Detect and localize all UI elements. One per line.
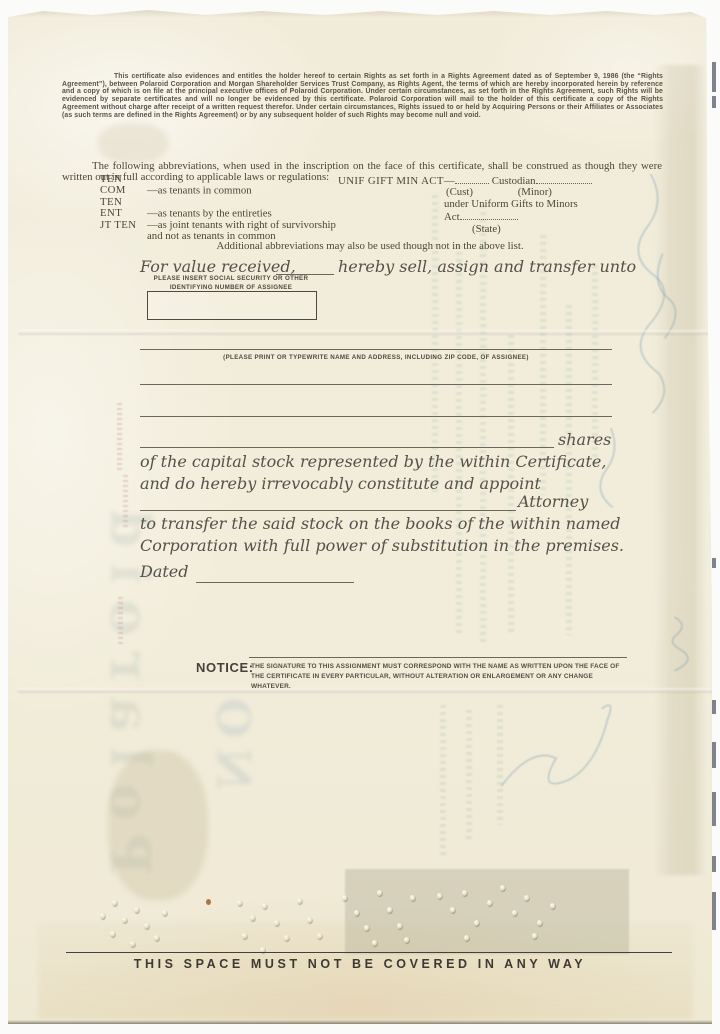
emboss-dot	[532, 933, 537, 939]
red-stamp-bleed	[118, 597, 123, 645]
emboss-dot	[250, 915, 255, 921]
red-stamp-bleed	[123, 475, 128, 530]
abbreviations-list: TEN COM—as tenants in common TEN ENT—as …	[100, 174, 346, 242]
emboss-dot	[317, 933, 322, 939]
assignment-body-line2: and do hereby irrevocably constitute and…	[140, 474, 541, 493]
scan-edge-mark	[712, 892, 716, 930]
emboss-dot	[242, 933, 247, 939]
emboss-dot	[512, 910, 517, 916]
assignment-body-line3: to transfer the said stock on the books …	[140, 514, 620, 533]
abbreviation-definition: —as tenants by the entireties	[147, 207, 272, 219]
right-fold-band	[654, 65, 710, 875]
unif-custodian: Custodian	[492, 175, 536, 187]
scan-edge-mark	[712, 96, 716, 108]
unif-gift-min-act-block: UNIF GIFT MIN ACT— Custodian (Cust) (Min…	[338, 174, 616, 235]
emboss-dot	[550, 903, 555, 909]
scanned-certificate-back: Polaroid ON	[0, 0, 720, 1034]
emboss-dot	[354, 910, 359, 916]
abbreviation-row: TEN COM—as tenants in common	[100, 174, 346, 197]
assignee-address-caption: (PLEASE PRINT OR TYPEWRITE NAME AND ADDR…	[140, 353, 612, 362]
emboss-dot	[524, 895, 529, 901]
signature-line	[249, 657, 627, 658]
bleed-text-streak	[456, 245, 462, 635]
shares-label: shares	[558, 430, 611, 449]
abbreviation-definition: —as tenants in common	[147, 184, 252, 196]
scan-edge-mark	[712, 62, 716, 92]
emboss-dot	[237, 900, 242, 906]
abbreviation-row: TEN ENT—as tenants by the entireties	[100, 197, 346, 220]
emboss-dot	[537, 920, 542, 926]
emboss-dot	[437, 893, 442, 899]
emboss-dot	[100, 913, 105, 919]
emboss-dot	[387, 907, 392, 913]
ornament-bleed-blob	[108, 750, 208, 900]
ssn-entry-box	[147, 291, 317, 320]
emboss-dot	[342, 895, 347, 901]
unif-line: Act	[444, 210, 616, 223]
emboss-dot	[154, 935, 159, 941]
emboss-dot	[122, 917, 127, 923]
scan-edge-mark	[712, 742, 716, 768]
unif-cust: (Cust)	[446, 186, 473, 198]
dated-fill-line	[196, 582, 354, 583]
emboss-dot	[307, 917, 312, 923]
emboss-dot	[364, 925, 369, 931]
abbreviation-code: TEN ENT	[100, 197, 147, 220]
assignee-name-line-2	[140, 384, 612, 385]
emboss-dot	[372, 940, 377, 946]
emboss-dot	[112, 900, 117, 906]
scan-edge-mark	[712, 856, 716, 872]
unif-state: (State)	[472, 224, 616, 235]
bleed-text-streak	[440, 705, 446, 855]
emboss-dot	[284, 935, 289, 941]
emboss-dot	[474, 920, 479, 926]
unif-act: Act	[444, 211, 460, 223]
notice-line2: THE CERTIFICATE IN EVERY PARTICULAR, WIT…	[251, 672, 631, 692]
scan-edge-mark	[712, 792, 716, 826]
emboss-dot	[297, 898, 302, 904]
emboss-dot	[262, 903, 267, 909]
assignee-name-line-3	[140, 416, 612, 417]
rights-agreement-paragraph: This certificate also evidences and enti…	[62, 73, 663, 120]
emboss-dot	[450, 907, 455, 913]
ornament-bleed-blob	[98, 123, 168, 163]
dotted-leader	[536, 174, 592, 184]
abbreviation-code: JT TEN	[100, 220, 147, 231]
emboss-dot	[464, 935, 469, 941]
fold-crease-upper	[18, 330, 718, 335]
assignee-name-line-1	[140, 349, 612, 350]
unif-minor: (Minor)	[518, 186, 552, 198]
footer-warning-text: THIS SPACE MUST NOT BE COVERED IN ANY WA…	[0, 957, 720, 971]
shares-fill-line	[140, 447, 554, 448]
stain-spot	[206, 899, 211, 905]
emboss-dot	[500, 885, 505, 891]
emboss-dot	[110, 931, 115, 937]
abbreviation-code: TEN COM	[100, 174, 147, 197]
dotted-leader	[460, 210, 518, 220]
emboss-dot	[144, 923, 149, 929]
emboss-dot	[397, 923, 402, 929]
assignment-body-line4: Corporation with full power of substitut…	[140, 536, 624, 555]
notice-line1: THE SIGNATURE TO THIS ASSIGNMENT MUST CO…	[251, 662, 631, 672]
attorney-label: Attorney	[518, 492, 588, 511]
notice-body: THE SIGNATURE TO THIS ASSIGNMENT MUST CO…	[251, 662, 631, 691]
unif-under: under Uniform Gifts to Minors	[444, 199, 616, 210]
emboss-dot	[274, 920, 279, 926]
scan-edge-mark	[712, 700, 716, 714]
bleed-text-streak	[466, 710, 472, 840]
dated-label: Dated	[140, 562, 189, 581]
emboss-dot	[462, 890, 467, 896]
unif-line: UNIF GIFT MIN ACT— Custodian	[338, 174, 616, 187]
emboss-dot	[162, 910, 167, 916]
red-stamp-bleed	[117, 403, 122, 473]
emboss-dot	[410, 895, 415, 901]
bleed-text-streak	[497, 705, 503, 825]
unif-label: UNIF GIFT MIN ACT—	[338, 175, 455, 187]
emboss-dot	[377, 890, 382, 896]
emboss-dot	[487, 900, 492, 906]
sell-assign-transfer-text: hereby sell, assign and transfer unto	[338, 257, 636, 276]
footer-rule	[66, 952, 672, 953]
assignment-body-line1: of the capital stock represented by the …	[140, 452, 606, 471]
abbreviation-definition: —as joint tenants with right of survivor…	[147, 219, 336, 242]
emboss-dot	[404, 937, 409, 943]
ssn-caption-line1: PLEASE INSERT SOCIAL SECURITY OR OTHER	[142, 274, 320, 283]
emboss-dot	[130, 941, 135, 947]
dotted-leader	[455, 174, 489, 184]
abbreviations-additional-note: Additional abbreviations may also be use…	[130, 240, 610, 252]
attorney-fill-line	[140, 510, 516, 511]
notice-label: NOTICE:	[196, 660, 254, 675]
mirrored-front-letters: ON	[208, 698, 274, 883]
scan-edge-mark	[712, 558, 716, 568]
emboss-dot	[134, 907, 139, 913]
